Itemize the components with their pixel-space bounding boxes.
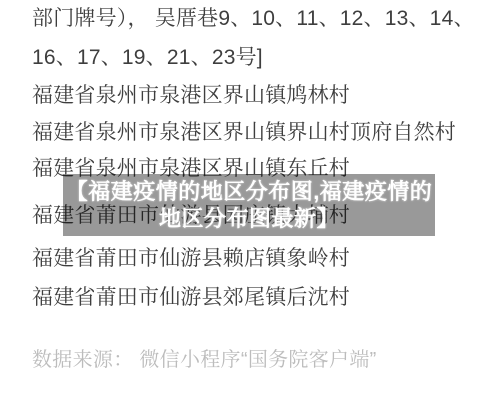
list-line-village: 福建省泉州市泉港区界山镇界山村顶府自然村 <box>32 120 490 145</box>
data-source-note: 数据来源： 微信小程序“国务院客户端” <box>32 348 377 373</box>
watermark-title-line-1: 【福建疫情的地区分布图,福建疫情的 <box>66 178 433 205</box>
watermark-title-overlay: 【福建疫情的地区分布图,福建疫情的 地区分布图最新】 <box>63 174 435 236</box>
list-line-address-numbers-2: 16、17、19、21、23号] <box>32 45 490 70</box>
watermark-title-line-2: 地区分布图最新】 <box>159 205 339 232</box>
list-line-village: 福建省泉州市泉港区界山镇鸠林村 <box>32 83 490 108</box>
article-screenshot: 部门牌号）， 吴厝巷9、10、11、12、13、14、 16、17、19、21、… <box>0 0 500 409</box>
list-line-village: 福建省莆田市仙游县郊尾镇后沈村 <box>32 285 490 310</box>
list-line-address-numbers-1: 部门牌号）， 吴厝巷9、10、11、12、13、14、 <box>32 6 490 31</box>
list-line-village: 福建省莆田市仙游县赖店镇象岭村 <box>32 246 490 271</box>
